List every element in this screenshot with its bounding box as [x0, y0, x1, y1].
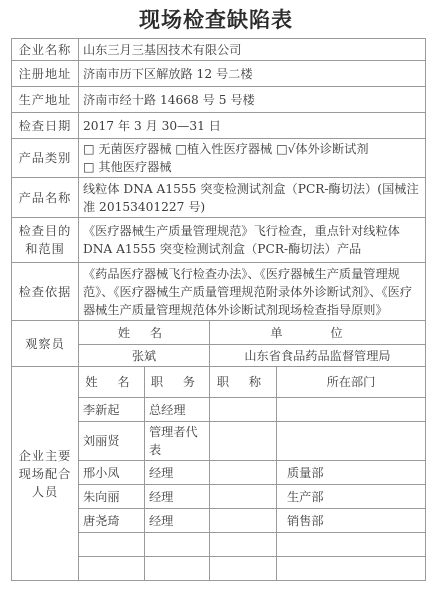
observer-name: 张斌 [79, 345, 210, 367]
staff-duty-header: 职 务 [145, 367, 210, 398]
staff-name-header: 姓 名 [79, 367, 145, 398]
checkbox-implantable[interactable]: □植入性医疗器械 [175, 142, 272, 156]
staff-duty: 经理 [145, 461, 210, 485]
purpose-scope-value: 《医疗器械生产质量管理规范》飞行检查，重点针对线粒体 DNA A1555 突变检… [79, 218, 426, 263]
document-title: 现场检查缺陷表 [0, 4, 432, 34]
observer-label: 观察员 [12, 321, 79, 367]
inspection-date-label: 检查日期 [12, 113, 79, 139]
staff-dept: 质量部 [277, 461, 426, 485]
staff-name [79, 557, 145, 581]
registered-address-value: 济南市历下区解放路 12 号二楼 [79, 61, 426, 87]
observer-unit: 山东省食品药品监督管理局 [210, 345, 426, 367]
label-line: 检查目的 [19, 224, 72, 238]
staff-dept: 销售部 [277, 509, 426, 533]
observer-unit-header: 单 位 [210, 321, 426, 345]
row-registered-address: 注册地址 济南市历下区解放路 12 号二楼 [12, 61, 426, 87]
staff-dept [277, 557, 426, 581]
row-production-address: 生产地址 济南市经十路 14668 号 5 号楼 [12, 87, 426, 113]
inspection-date-value: 2017 年 3 月 30—31 日 [79, 113, 426, 139]
row-staff-header: 企业主要现场配合人员 姓 名 职 务 职 称 所在部门 [12, 367, 426, 398]
registered-address-label: 注册地址 [12, 61, 79, 87]
staff-title [210, 398, 277, 422]
staff-duty: 经理 [145, 485, 210, 509]
staff-label: 企业主要现场配合人员 [12, 367, 79, 581]
product-category-options: □ 无菌医疗器械 □植入性医疗器械 □√体外诊断试剂 □ 其他医疗器械 [79, 139, 426, 178]
row-product-category: 产品类别 □ 无菌医疗器械 □植入性医疗器械 □√体外诊断试剂 □ 其他医疗器械 [12, 139, 426, 178]
staff-title-header: 职 称 [210, 367, 277, 398]
staff-dept-header: 所在部门 [277, 367, 426, 398]
row-product-name: 产品名称 线粒体 DNA A1555 突变检测试剂盒（PCR-酶切法）(国械注准… [12, 178, 426, 218]
inspection-basis-value: 《药品医疗器械飞行检查办法》、《医疗器械生产质量管理规范》、《医疗器械生产质量管… [79, 263, 426, 321]
row-inspection-date: 检查日期 2017 年 3 月 30—31 日 [12, 113, 426, 139]
checkbox-box-icon: □ [276, 142, 288, 156]
checkbox-box-icon: □ [83, 142, 95, 156]
staff-title [210, 557, 277, 581]
company-name-label: 企业名称 [12, 39, 79, 61]
staff-title [210, 509, 277, 533]
purpose-scope-label: 检查目的和范围 [12, 218, 79, 263]
staff-name: 李新起 [79, 398, 145, 422]
checkbox-ivd[interactable]: □√体外诊断试剂 [276, 142, 368, 156]
checkbox-sterile[interactable]: □ 无菌医疗器械 [83, 142, 172, 156]
staff-dept [277, 398, 426, 422]
product-name-label: 产品名称 [12, 178, 79, 218]
label-line: 人员 [32, 485, 58, 499]
checkbox-box-icon: □ [175, 142, 187, 156]
inspection-form: 企业名称 山东三月三基因技术有限公司 注册地址 济南市历下区解放路 12 号二楼… [11, 38, 425, 581]
checkbox-other[interactable]: □ 其他医疗器械 [83, 160, 172, 174]
staff-duty: 总经理 [145, 398, 210, 422]
option-label: 植入性医疗器械 [187, 142, 272, 156]
option-label: 其他医疗器械 [98, 160, 171, 174]
staff-duty: 管理者代表 [145, 422, 210, 461]
staff-name: 唐尧琦 [79, 509, 145, 533]
staff-dept: 生产部 [277, 485, 426, 509]
label-line: 和范围 [25, 242, 65, 256]
staff-title [210, 422, 277, 461]
row-company-name: 企业名称 山东三月三基因技术有限公司 [12, 39, 426, 61]
label-line: 现场配合 [19, 467, 72, 481]
production-address-value: 济南市经十路 14668 号 5 号楼 [79, 87, 426, 113]
staff-name: 邢小凤 [79, 461, 145, 485]
staff-duty [145, 557, 210, 581]
product-category-label: 产品类别 [12, 139, 79, 178]
staff-dept [277, 422, 426, 461]
staff-title [210, 485, 277, 509]
option-label: 无菌医疗器械 [98, 142, 171, 156]
label-line: 企业主要 [19, 449, 72, 463]
inspection-table: 企业名称 山东三月三基因技术有限公司 注册地址 济南市历下区解放路 12 号二楼… [11, 38, 426, 581]
row-purpose-scope: 检查目的和范围 《医疗器械生产质量管理规范》飞行检查，重点针对线粒体 DNA A… [12, 218, 426, 263]
staff-name: 刘丽贤 [79, 422, 145, 461]
checkbox-box-icon: □ [83, 160, 95, 174]
staff-name: 朱向丽 [79, 485, 145, 509]
staff-duty: 经理 [145, 509, 210, 533]
company-name-value: 山东三月三基因技术有限公司 [79, 39, 426, 61]
production-address-label: 生产地址 [12, 87, 79, 113]
staff-title [210, 461, 277, 485]
staff-dept [277, 533, 426, 557]
staff-name [79, 533, 145, 557]
product-name-value: 线粒体 DNA A1555 突变检测试剂盒（PCR-酶切法）(国械注准 2015… [79, 178, 426, 218]
row-observer-header: 观察员 姓 名 单 位 [12, 321, 426, 345]
inspection-basis-label: 检查依据 [12, 263, 79, 321]
observer-name-header: 姓 名 [79, 321, 210, 345]
option-label: 体外诊断试剂 [295, 142, 368, 156]
row-inspection-basis: 检查依据 《药品医疗器械飞行检查办法》、《医疗器械生产质量管理规范》、《医疗器械… [12, 263, 426, 321]
staff-duty [145, 533, 210, 557]
staff-title [210, 533, 277, 557]
